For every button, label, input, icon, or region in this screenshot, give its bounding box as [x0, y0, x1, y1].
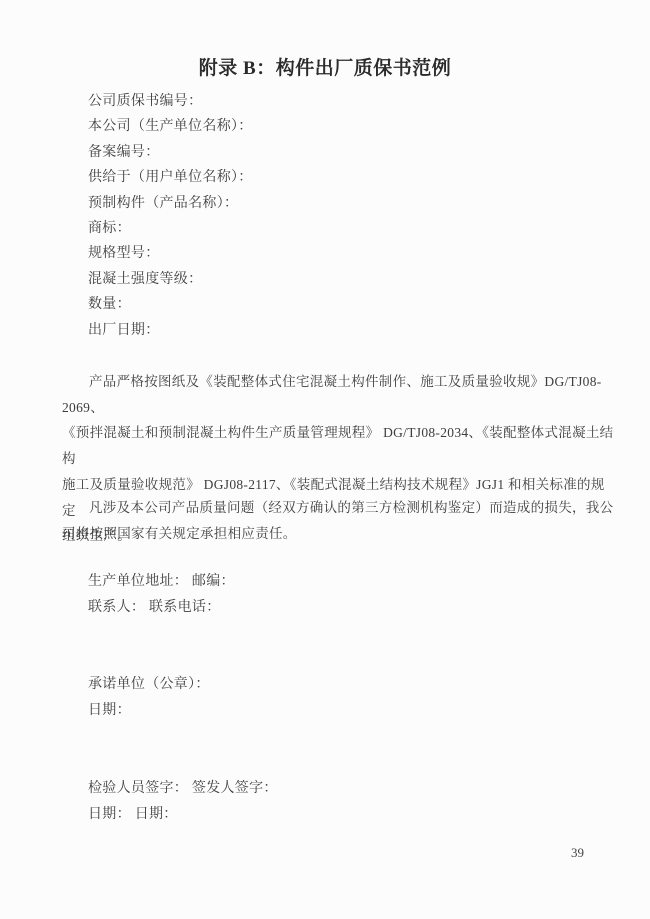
field-trademark: 商标：	[88, 216, 253, 241]
field-spec-model: 规格型号：	[88, 241, 253, 266]
page-number: 39	[571, 845, 584, 861]
field-inspector-issuer-signature: 检验人员签字： 签发人签字：	[88, 776, 278, 802]
field-signature-dates: 日期： 日期：	[88, 802, 278, 828]
field-record-number: 备案编号：	[88, 140, 253, 165]
field-promise-date: 日期：	[88, 698, 210, 724]
quality-certificate-page: 附录 B：构件出厂质保书范例 公司质保书编号： 本公司（生产单位名称）： 备案编…	[0, 0, 650, 919]
field-contact-person-phone: 联系人： 联系电话：	[88, 595, 235, 621]
page-title: 附录 B：构件出厂质保书范例	[0, 56, 650, 82]
field-quantity: 数量：	[88, 292, 253, 317]
field-product-name: 预制构件（产品名称）：	[88, 191, 253, 216]
liability-paragraph: 凡涉及本公司产品质量问题（经双方确认的第三方检测机构鉴定）而造成的损失，我公 司…	[62, 495, 618, 546]
promise-unit-block: 承诺单位（公章）： 日期：	[88, 672, 210, 724]
signature-block: 检验人员签字： 签发人签字： 日期： 日期：	[88, 776, 278, 828]
paragraph-line: 司将按照国家有关规定承担相应责任。	[62, 521, 618, 547]
field-certificate-number: 公司质保书编号：	[88, 89, 253, 114]
field-producer-address-postcode: 生产单位地址： 邮编：	[88, 569, 235, 595]
paragraph-line: 产品严格按图纸及《装配整体式住宅混凝土构件制作、施工及质量验收规》DG/TJ08…	[62, 369, 618, 420]
field-producer-name: 本公司（生产单位名称）：	[88, 114, 253, 139]
field-factory-date: 出厂日期：	[88, 318, 253, 343]
header-field-list: 公司质保书编号： 本公司（生产单位名称）： 备案编号： 供给于（用户单位名称）：…	[88, 89, 253, 343]
producer-contact-block: 生产单位地址： 邮编： 联系人： 联系电话：	[88, 569, 235, 621]
paragraph-line: 《预拌混凝土和预制混凝土构件生产质量管理规程》 DG/TJ08-2034、《装配…	[62, 420, 618, 471]
paragraph-line: 凡涉及本公司产品质量问题（经双方确认的第三方检测机构鉴定）而造成的损失，我公	[62, 495, 618, 521]
field-supplied-to: 供给于（用户单位名称）：	[88, 165, 253, 190]
field-concrete-strength-grade: 混凝土强度等级：	[88, 267, 253, 292]
field-promise-unit-seal: 承诺单位（公章）：	[88, 672, 210, 698]
